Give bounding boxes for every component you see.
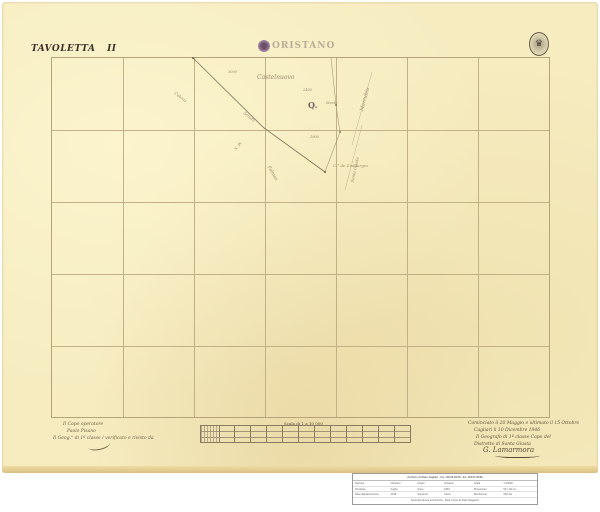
trig-point-marker: Q. xyxy=(308,100,317,110)
surveyor-notes-right: Cominciato il 20 Maggio e ultimato il 15… xyxy=(468,420,579,448)
grid-line-horizontal xyxy=(52,130,549,131)
catalog-cell: Risoluzione xyxy=(472,492,502,497)
scale-bar xyxy=(200,425,411,443)
coat-of-arms-seal-icon: ♛ xyxy=(529,32,549,56)
scale-subdivisions xyxy=(201,426,219,442)
note-line: Cagliari li 10 Dicembre 1846 xyxy=(474,427,579,434)
catalog-cell: Data digitalizzazione xyxy=(353,492,389,497)
sheet-title: TAVOLETTA II xyxy=(31,44,117,54)
archive-stamp-icon xyxy=(258,40,270,52)
catalog-cell: Oristano xyxy=(442,481,472,486)
map-label-elevation: 3000 xyxy=(228,70,237,74)
grid-line-vertical xyxy=(123,58,124,417)
scale-tick xyxy=(394,426,395,442)
grid-line-vertical xyxy=(265,58,266,417)
grid-line-vertical xyxy=(194,58,195,417)
scale-tick xyxy=(330,426,331,442)
catalog-cell: Carta xyxy=(442,492,472,497)
scale-tick xyxy=(378,426,379,442)
map-label-locality: Castelnuovo xyxy=(257,74,294,81)
scale-tick xyxy=(266,426,267,442)
grid-line-vertical xyxy=(478,58,479,417)
catalog-cell: 1846 xyxy=(442,487,472,492)
scale-tick xyxy=(298,426,299,442)
grid-line-horizontal xyxy=(52,274,549,275)
signature-flourish xyxy=(495,452,540,458)
grid-line-horizontal xyxy=(52,202,549,203)
map-label-elevation: 2400 xyxy=(303,88,312,92)
catalog-card: Archivio di Stato Cagliari - Inv. 118.00… xyxy=(352,473,538,505)
grid-line-horizontal xyxy=(52,346,549,347)
catalog-cell: Sezione xyxy=(353,481,389,486)
note-line: Paolo Pisano xyxy=(67,428,154,435)
scale-tick xyxy=(314,426,315,442)
place-name: ORISTANO xyxy=(272,41,335,51)
map-label-elevation: 1900 xyxy=(310,135,319,139)
catalog-cell: Oristano xyxy=(389,481,416,486)
catalog-title: Archivio di Stato Cagliari - Inv. 118.00… xyxy=(353,474,537,481)
sheet-title-label: TAVOLETTA xyxy=(31,44,95,54)
catalog-cell: Scala xyxy=(472,481,502,486)
map-label-zuddargiu: C.° de Zuddargiu xyxy=(333,163,368,168)
catalog-footer: Soprintendenza archivistica - Real Corpo… xyxy=(353,498,537,504)
place-title: ORISTANO xyxy=(258,40,335,52)
scale-tick xyxy=(346,426,347,442)
grid-line-vertical xyxy=(407,58,408,417)
catalog-cell: 300 dpi xyxy=(501,492,537,497)
catalog-cell: 56 x 49 cm xyxy=(501,487,537,492)
catalog-cell: 1:10000 xyxy=(501,481,537,486)
scale-tick xyxy=(362,426,363,442)
map-grid-frame xyxy=(51,57,550,418)
catalog-cell: Foglio xyxy=(389,487,416,492)
catalog-cell: Foglio xyxy=(415,481,442,486)
scale-tick xyxy=(219,426,220,442)
scale-tick xyxy=(250,426,251,442)
map-label-monte: Monte xyxy=(326,101,337,105)
catalog-cell: Tavoletta xyxy=(353,487,389,492)
note-line: Il Capo operatore xyxy=(63,421,154,428)
catalog-cell: 2018 xyxy=(389,492,416,497)
note-line: Il Geografo di 1ª classe Capo del xyxy=(476,434,579,441)
catalog-cell: Supporto xyxy=(415,492,442,497)
grid-line-vertical xyxy=(336,58,337,417)
scale-tick xyxy=(234,426,235,442)
catalog-cell: Anno xyxy=(415,487,442,492)
scale-tick xyxy=(282,426,283,442)
catalog-cell: Dimensioni xyxy=(472,487,502,492)
note-line: Cominciato il 20 Maggio e ultimato il 15… xyxy=(468,420,579,427)
sheet-number: II xyxy=(107,44,116,54)
paper-bottom-edge xyxy=(2,466,598,473)
